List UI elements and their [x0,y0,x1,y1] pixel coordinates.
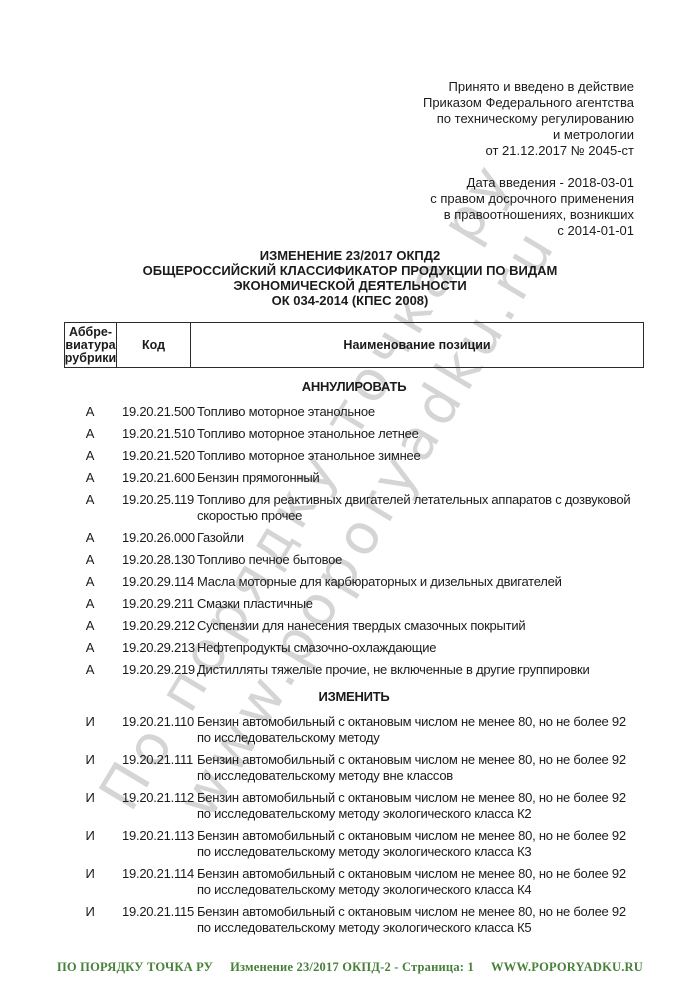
table-row: И 19.20.21.114 Бензин автомобильный с ок… [64,866,644,898]
footer-site-name: ПО ПОРЯДКУ ТОЧКА РУ [57,960,213,975]
adoption-line: Принято и введено в действие [423,79,634,95]
effective-date-line: в правоотношениях, возникших [423,207,634,223]
row-abbreviation: И [64,904,116,936]
row-code: 19.20.21.111 [116,752,190,784]
row-name: Нефтепродукты смазочно-охлаждающие [190,640,644,656]
row-code: 19.20.26.000 [116,530,190,546]
row-code: 19.20.21.110 [116,714,190,746]
row-code: 19.20.21.520 [116,448,190,464]
row-name: Бензин автомобильный с октановым числом … [190,828,644,860]
section-heading-annul: АННУЛИРОВАТЬ [64,379,644,395]
column-header-code: Код [117,323,191,367]
row-abbreviation: И [64,752,116,784]
page-footer: ПО ПОРЯДКУ ТОЧКА РУ Изменение 23/2017 ОК… [57,960,643,975]
column-header-abbreviation: Аббре- виатура рубрики [65,323,117,367]
table-row: А 19.20.29.114 Масла моторные для карбюр… [64,574,644,590]
table-row: И 19.20.21.112 Бензин автомобильный с ок… [64,790,644,822]
title-line: ИЗМЕНЕНИЕ 23/2017 ОКПД2 [0,248,700,263]
row-name: Бензин прямогонный [190,470,644,486]
table-row: А 19.20.26.000 Газойли [64,530,644,546]
table-header: Аббре- виатура рубрики Код Наименование … [64,322,644,368]
section-rows: А 19.20.21.500 Топливо моторное этанольн… [64,404,644,678]
row-code: 19.20.21.510 [116,426,190,442]
row-name: Топливо моторное этанольное летнее [190,426,644,442]
row-abbreviation: А [64,662,116,678]
table-row: И 19.20.21.111 Бензин автомобильный с ок… [64,752,644,784]
table-row: А 19.20.21.520 Топливо моторное этанольн… [64,448,644,464]
table-row: А 19.20.25.119 Топливо для реактивных дв… [64,492,644,524]
table-row: А 19.20.29.219 Дистилляты тяжелые прочие… [64,662,644,678]
adoption-block: Принято и введено в действие Приказом Фе… [423,79,634,239]
title-line: ОБЩЕРОССИЙСКИЙ КЛАССИФИКАТОР ПРОДУКЦИИ П… [0,263,700,278]
adoption-line: и метрологии [423,127,634,143]
row-abbreviation: А [64,492,116,524]
row-name: Газойли [190,530,644,546]
row-code: 19.20.29.114 [116,574,190,590]
row-code: 19.20.21.500 [116,404,190,420]
table-row: А 19.20.21.500 Топливо моторное этанольн… [64,404,644,420]
row-code: 19.20.21.114 [116,866,190,898]
effective-date-paragraph: Дата введения - 2018-03-01 с правом доср… [423,175,634,239]
row-name: Топливо печное бытовое [190,552,644,568]
section-annul: АННУЛИРОВАТЬ А 19.20.21.500 Топливо мото… [64,379,644,678]
section-heading-change: ИЗМЕНИТЬ [64,689,644,705]
table-row: А 19.20.28.130 Топливо печное бытовое [64,552,644,568]
title-line: ОК 034-2014 (КПЕС 2008) [0,293,700,308]
row-abbreviation: А [64,552,116,568]
table-row: И 19.20.21.110 Бензин автомобильный с ок… [64,714,644,746]
footer-page-info: Изменение 23/2017 ОКПД-2 - Страница: 1 [230,960,474,975]
row-name: Бензин автомобильный с октановым числом … [190,790,644,822]
table-row: А 19.20.21.510 Топливо моторное этанольн… [64,426,644,442]
row-name: Бензин автомобильный с октановым числом … [190,866,644,898]
table-row: И 19.20.21.113 Бензин автомобильный с ок… [64,828,644,860]
column-header-name: Наименование позиции [191,323,643,367]
table-row: А 19.20.29.213 Нефтепродукты смазочно-ох… [64,640,644,656]
section-change: ИЗМЕНИТЬ И 19.20.21.110 Бензин автомобил… [64,689,644,936]
row-code: 19.20.21.600 [116,470,190,486]
row-name: Топливо моторное этанольное зимнее [190,448,644,464]
row-name: Бензин автомобильный с октановым числом … [190,714,644,746]
row-code: 19.20.28.130 [116,552,190,568]
document-page: По порядку точка ру www.poporyadku.ru Пр… [0,0,700,990]
row-abbreviation: А [64,426,116,442]
row-name: Топливо для реактивных двигателей летате… [190,492,644,524]
row-code: 19.20.21.112 [116,790,190,822]
row-name: Бензин автомобильный с октановым числом … [190,904,644,936]
table-body: АННУЛИРОВАТЬ А 19.20.21.500 Топливо мото… [64,368,644,942]
row-abbreviation: А [64,574,116,590]
row-name: Смазки пластичные [190,596,644,612]
table-row: А 19.20.29.211 Смазки пластичные [64,596,644,612]
page-title: ИЗМЕНЕНИЕ 23/2017 ОКПД2 ОБЩЕРОССИЙСКИЙ К… [0,248,700,308]
row-abbreviation: И [64,866,116,898]
row-abbreviation: И [64,828,116,860]
row-abbreviation: А [64,530,116,546]
row-name: Масла моторные для карбюраторных и дизел… [190,574,644,590]
row-abbreviation: А [64,640,116,656]
effective-date-line: с 2014-01-01 [423,223,634,239]
row-code: 19.20.29.213 [116,640,190,656]
row-name: Топливо моторное этанольное [190,404,644,420]
row-code: 19.20.21.115 [116,904,190,936]
row-abbreviation: А [64,596,116,612]
row-code: 19.20.21.113 [116,828,190,860]
footer-site-url: WWW.POPORYADKU.RU [491,960,643,975]
row-code: 19.20.25.119 [116,492,190,524]
row-code: 19.20.29.211 [116,596,190,612]
row-abbreviation: А [64,618,116,634]
effective-date-line: с правом досрочного применения [423,191,634,207]
row-abbreviation: А [64,404,116,420]
row-abbreviation: А [64,448,116,464]
row-abbreviation: И [64,714,116,746]
effective-date-line: Дата введения - 2018-03-01 [423,175,634,191]
adoption-order-paragraph: Принято и введено в действие Приказом Фе… [423,79,634,159]
section-rows: И 19.20.21.110 Бензин автомобильный с ок… [64,714,644,936]
table-row: А 19.20.21.600 Бензин прямогонный [64,470,644,486]
table-row: А 19.20.29.212 Суспензии для нанесения т… [64,618,644,634]
adoption-line: от 21.12.2017 № 2045-ст [423,143,634,159]
adoption-line: Приказом Федерального агентства [423,95,634,111]
row-name: Суспензии для нанесения твердых смазочны… [190,618,644,634]
row-name: Бензин автомобильный с октановым числом … [190,752,644,784]
row-abbreviation: И [64,790,116,822]
row-name: Дистилляты тяжелые прочие, не включенные… [190,662,644,678]
title-line: ЭКОНОМИЧЕСКОЙ ДЕЯТЕЛЬНОСТИ [0,278,700,293]
row-code: 19.20.29.212 [116,618,190,634]
row-code: 19.20.29.219 [116,662,190,678]
adoption-line: по техническому регулированию [423,111,634,127]
table-row: И 19.20.21.115 Бензин автомобильный с ок… [64,904,644,936]
row-abbreviation: А [64,470,116,486]
